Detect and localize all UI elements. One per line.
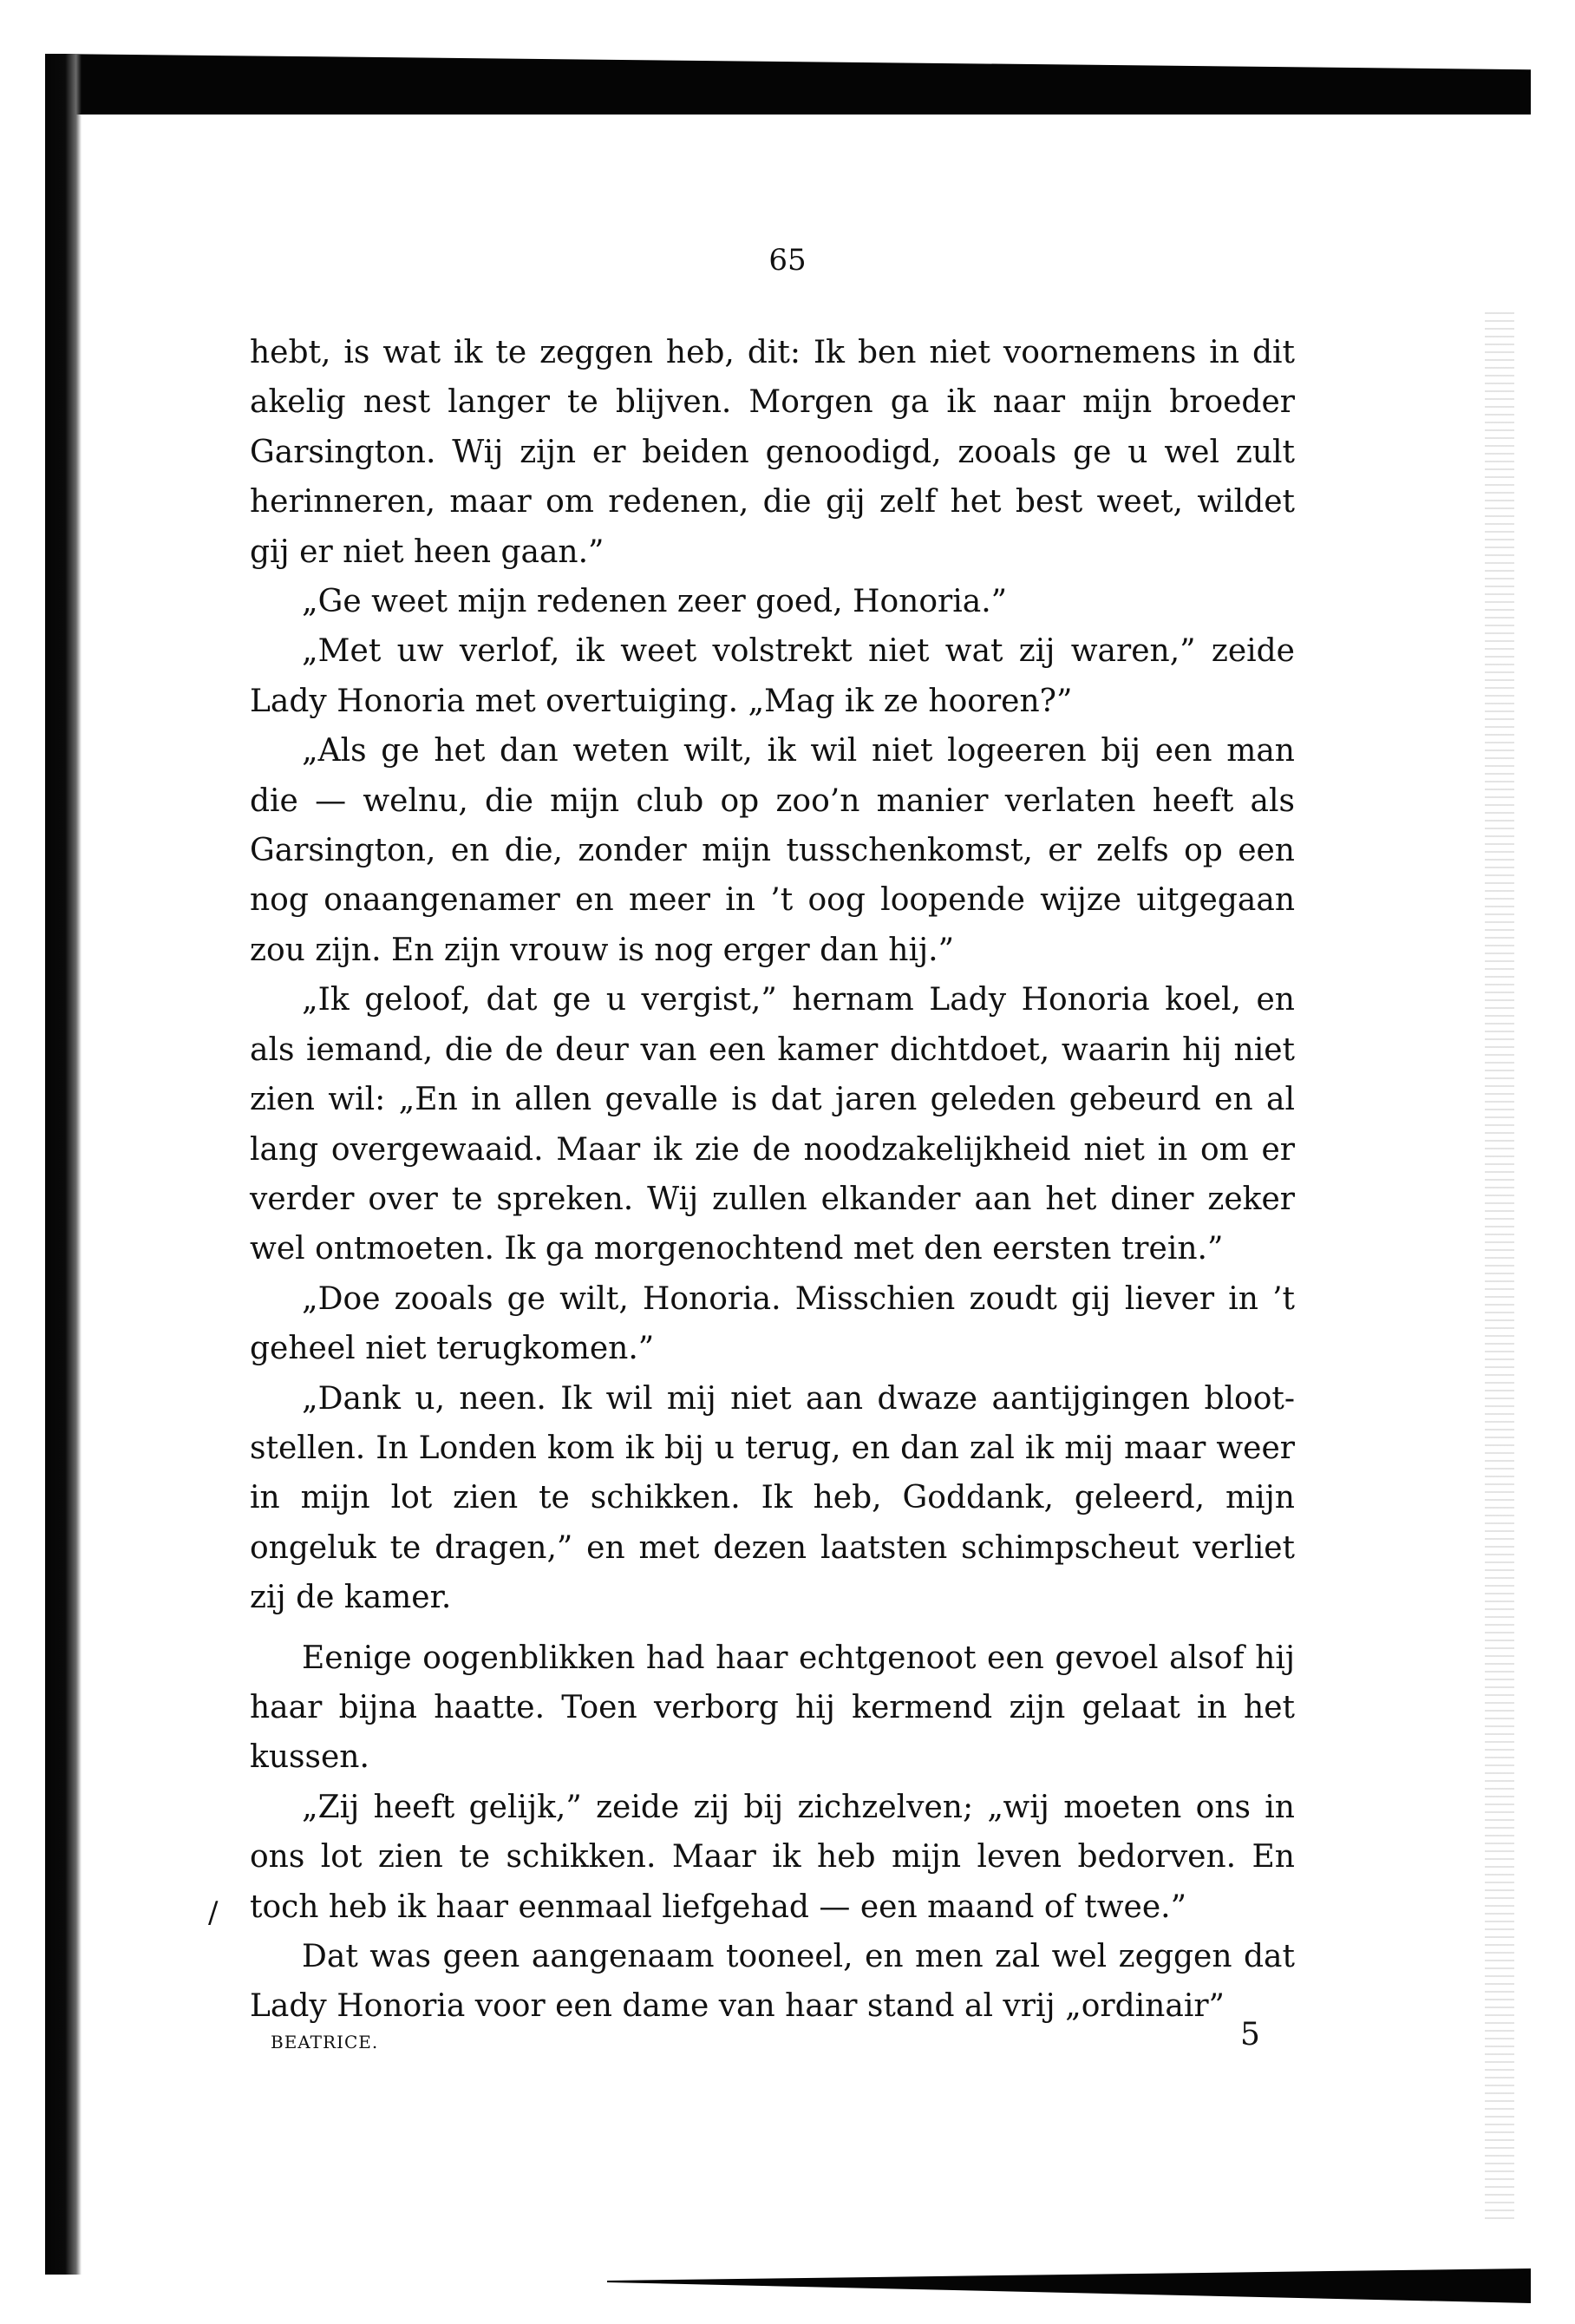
scan-edge-speckle xyxy=(1485,312,1514,2221)
margin-mark: / xyxy=(208,1895,218,1930)
body-text: hebt, is wat ik te zeggen heb, dit: Ik b… xyxy=(250,328,1295,2032)
footer-sheet-number: 5 xyxy=(1240,2017,1260,2052)
footer-signature: BEATRICE. xyxy=(271,2032,378,2052)
paragraph: Dat was geen aangenaam tooneel, en men z… xyxy=(250,1932,1295,2032)
page-number: 65 xyxy=(0,243,1575,278)
paragraph: „Dank u, neen. Ik wil mij niet aan dwaze… xyxy=(250,1374,1295,1623)
paragraph: „Ik geloof, dat ge u vergist,” hernam La… xyxy=(250,975,1295,1273)
scan-border-top xyxy=(52,54,1531,115)
scan-binding-shadow xyxy=(45,54,82,2275)
paragraph: hebt, is wat ik te zeggen heb, dit: Ik b… xyxy=(250,328,1295,577)
scan-border-bottom xyxy=(607,2268,1531,2303)
paragraph: „Zij heeft gelijk,” zeide zij bij zichze… xyxy=(250,1783,1295,1932)
paragraph: „Met uw verlof, ik weet volstrekt niet w… xyxy=(250,626,1295,726)
paragraph: „Doe zooals ge wilt, Honoria. Misschien … xyxy=(250,1274,1295,1374)
paragraph: „Als ge het dan weten wilt, ik wil niet … xyxy=(250,726,1295,975)
paragraph: Eenige oogenblikken had haar echtgenoot … xyxy=(250,1633,1295,1783)
paragraph: „Ge weet mijn redenen zeer goed, Honoria… xyxy=(250,577,1295,626)
